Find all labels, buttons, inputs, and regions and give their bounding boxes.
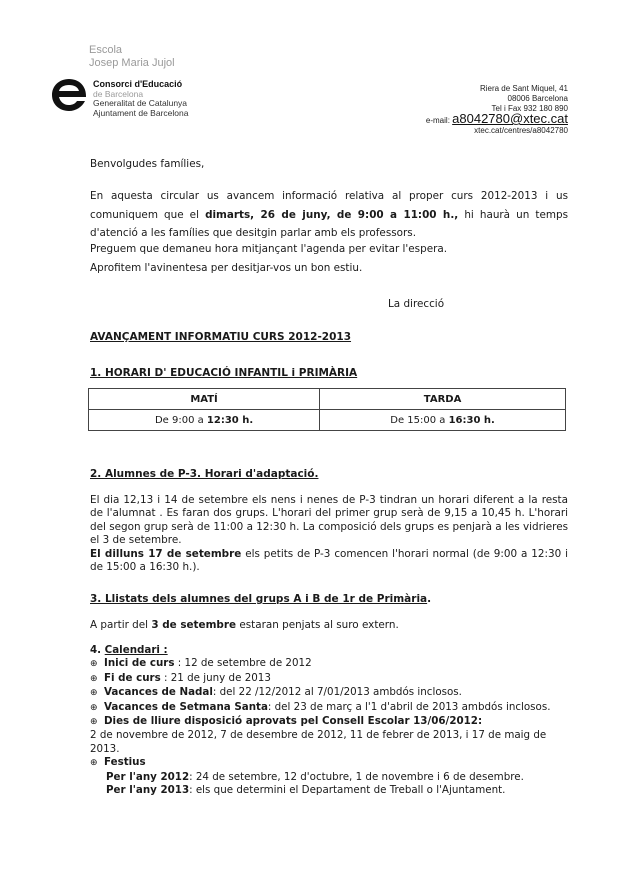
p1-date: dimarts, 26 de juny, de 9:00 a 11:00 h., <box>205 209 458 221</box>
calendar-item: ⊕Dies de lliure disposició aprovats pel … <box>90 715 568 756</box>
morning-end: 12:30 h. <box>207 415 253 426</box>
calendar-item-text: 2 de novembre de 2012, 7 de desembre de … <box>90 729 568 756</box>
consorci-logo-icon <box>51 77 87 113</box>
bullet-icon: ⊕ <box>90 716 104 729</box>
calendar-item-text: : 21 de juny de 2013 <box>161 672 271 684</box>
bullet-icon: ⊕ <box>90 673 104 686</box>
signature: La direcció <box>388 298 444 310</box>
section2-title: 2. Alumnes de P-3. Horari d'adaptació. <box>90 468 318 480</box>
calendar-section: 4. Calendari : ⊕Inici de curs : 12 de se… <box>90 644 568 797</box>
section1-title: 1. HORARI D' EDUCACIÓ INFANTIL i PRIMÀRI… <box>90 367 357 379</box>
greeting: Benvolgudes famílies, <box>90 156 568 174</box>
section3-text-b: estaran penjats al suro extern. <box>236 619 399 631</box>
holiday-item: Per l'any 2013: els que determini el Dep… <box>90 784 568 797</box>
email-row: e-mail: a8042780@xtec.cat <box>426 114 568 126</box>
section4-title: 4. Calendari : <box>90 644 568 657</box>
section4-title-text: Calendari : <box>105 644 168 656</box>
main-title: AVANÇAMENT INFORMATIU CURS 2012-2013 <box>90 331 351 343</box>
section3-text-a: A partir del <box>90 619 151 631</box>
calendar-item: ⊕Festius <box>90 756 568 770</box>
calendar-item-text: : 12 de setembre de 2012 <box>175 657 312 669</box>
org-ajuntament: Ajuntament de Barcelona <box>93 109 188 119</box>
website-link[interactable]: xtec.cat/centres/a8042780 <box>426 126 568 136</box>
morning-start: De 9:00 a <box>155 415 207 426</box>
afternoon-cell: De 15:00 a 16:30 h. <box>320 410 566 431</box>
calendar-item: ⊕Vacances de Nadal: del 22 /12/2012 al 7… <box>90 686 568 700</box>
bullet-icon: ⊕ <box>90 687 104 700</box>
calendar-item-label: Fi de curs <box>104 672 161 684</box>
holiday-item: Per l'any 2012: 24 de setembre, 12 d'oct… <box>90 771 568 784</box>
letter-paragraph-3: Aprofitem l'avinentesa per desitjar-vos … <box>90 260 568 278</box>
header-mati: MATÍ <box>89 389 320 410</box>
afternoon-end: 16:30 h. <box>449 415 495 426</box>
calendar-item-label: Inici de curs <box>104 657 175 669</box>
email-label: e-mail: <box>426 116 450 125</box>
header-tarda: TARDA <box>320 389 566 410</box>
calendar-item-text: : del 23 de març a l'1 d'abril de 2013 a… <box>268 701 551 713</box>
letter-paragraph-1: En aquesta circular us avancem informaci… <box>90 187 568 243</box>
afternoon-start: De 15:00 a <box>390 415 448 426</box>
calendar-item-label: Dies de lliure disposició aprovats pel C… <box>104 715 482 727</box>
school-name: Escola Josep Maria Jujol <box>89 44 175 70</box>
organization-block: Consorci d'Educació de Barcelona General… <box>93 80 188 118</box>
email-link[interactable]: a8042780@xtec.cat <box>452 111 568 126</box>
calendar-item: ⊕Fi de curs : 21 de juny de 2013 <box>90 672 568 686</box>
section3-body: A partir del 3 de setembre estaran penja… <box>90 617 568 635</box>
bullet-icon: ⊕ <box>90 658 104 671</box>
calendar-item: ⊕Inici de curs : 12 de setembre de 2012 <box>90 657 568 671</box>
section4-number: 4. <box>90 644 105 656</box>
section2-date: El dilluns 17 de setembre <box>90 548 241 560</box>
section3-title: 3. Llistats dels alumnes del grups A i B… <box>90 593 431 605</box>
holiday-year: Per l'any 2013 <box>106 784 189 796</box>
morning-cell: De 9:00 a 12:30 h. <box>89 410 320 431</box>
section3-date: 3 de setembre <box>151 619 236 631</box>
section3-title-end: . <box>427 593 431 605</box>
calendar-item-text: : del 22 /12/2012 al 7/01/2013 ambdós in… <box>213 686 462 698</box>
section2-body: El dia 12,13 i 14 de setembre els nens i… <box>90 494 568 574</box>
section3-title-text: 3. Llistats dels alumnes del grups A i B… <box>90 593 427 605</box>
address: Riera de Sant Miquel, 41 <box>426 84 568 94</box>
calendar-item-label: Festius <box>104 756 146 768</box>
bullet-icon: ⊕ <box>90 702 104 715</box>
calendar-item: ⊕Vacances de Setmana Santa: del 23 de ma… <box>90 701 568 715</box>
holiday-year: Per l'any 2012 <box>106 771 189 783</box>
calendar-item-label: Vacances de Nadal <box>104 686 213 698</box>
holiday-dates: : 24 de setembre, 12 d'octubre, 1 de nov… <box>189 771 524 783</box>
section2-paragraph: El dia 12,13 i 14 de setembre els nens i… <box>90 494 568 546</box>
school-name-line2: Josep Maria Jujol <box>89 57 175 70</box>
school-name-line1: Escola <box>89 44 175 57</box>
calendar-item-label: Vacances de Setmana Santa <box>104 701 268 713</box>
bullet-icon: ⊕ <box>90 757 104 770</box>
letter-paragraph-2: Preguem que demaneu hora mitjançant l'ag… <box>90 241 568 259</box>
schedule-table: MATÍ TARDA De 9:00 a 12:30 h. De 15:00 a… <box>88 388 566 431</box>
holiday-dates: : els que determini el Departament de Tr… <box>189 784 505 796</box>
city: 08006 Barcelona <box>426 94 568 104</box>
table-row: De 9:00 a 12:30 h. De 15:00 a 16:30 h. <box>89 410 566 431</box>
contact-block: Riera de Sant Miquel, 41 08006 Barcelona… <box>426 84 568 136</box>
